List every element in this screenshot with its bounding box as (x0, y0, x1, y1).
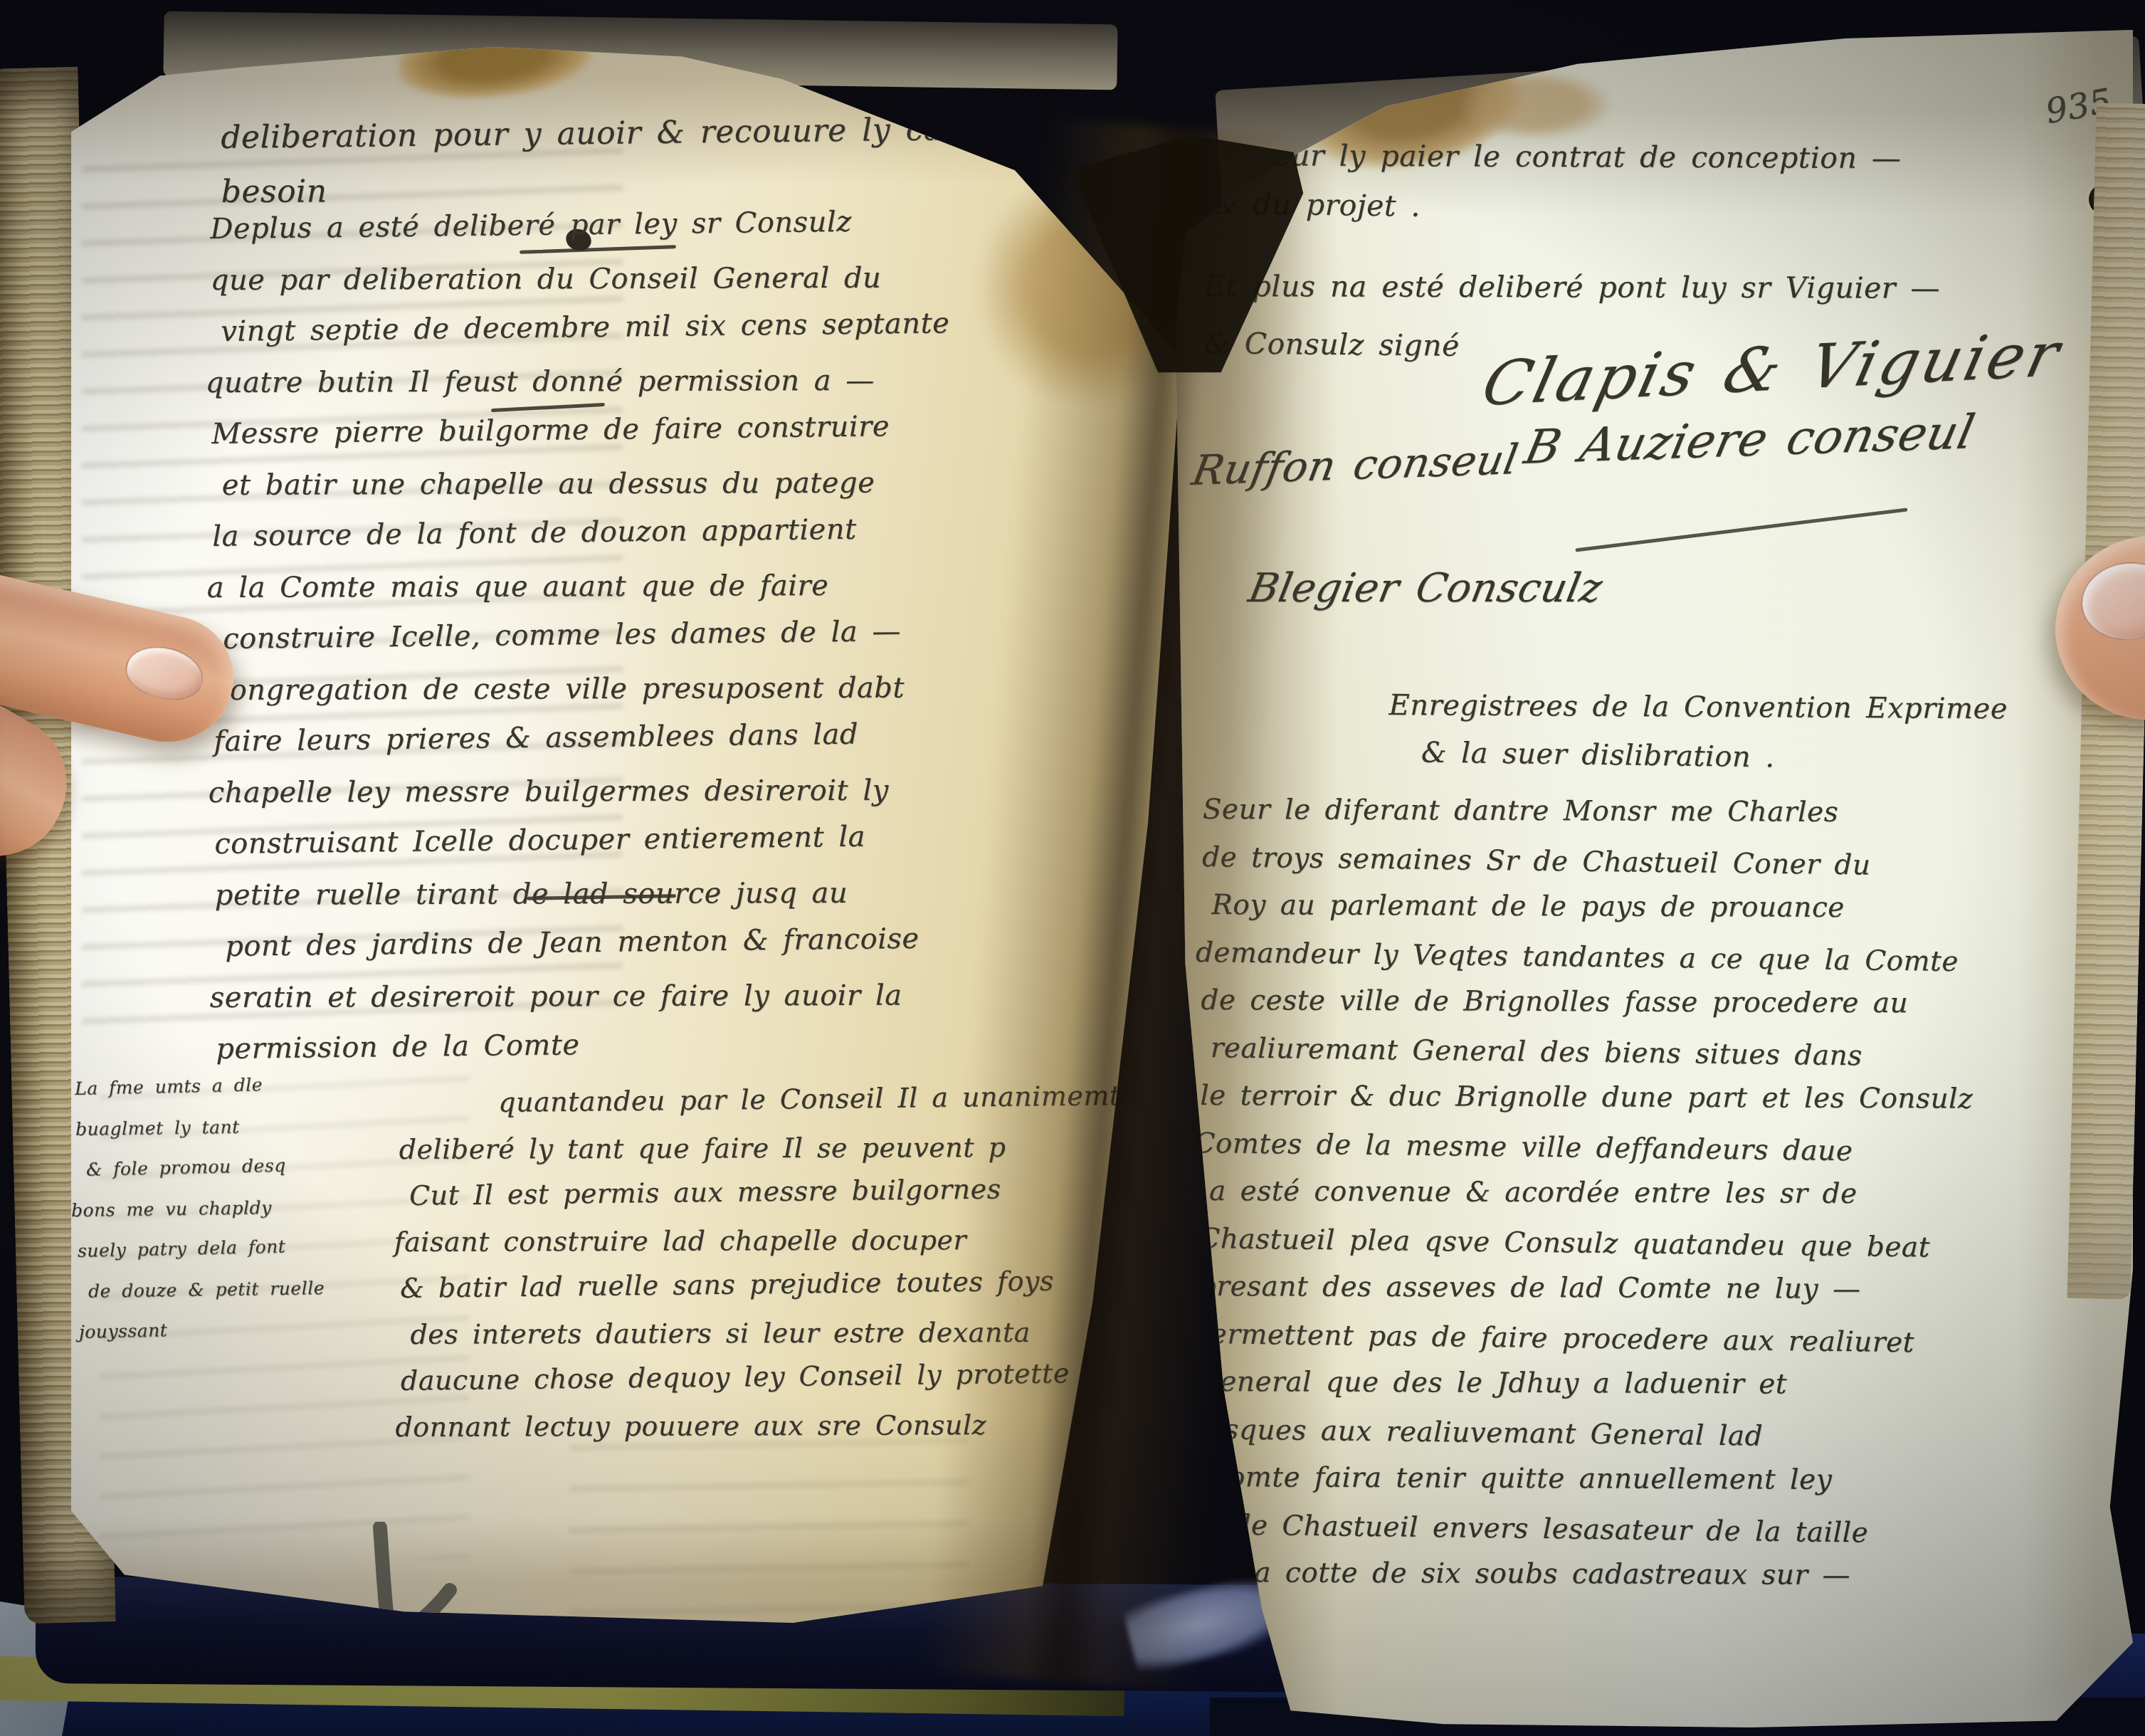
manuscript-line: faire leurs prieres & assemblees dans la… (214, 707, 953, 767)
manuscript-line: Comte faira tenir quitte annuellement le… (1206, 1453, 1969, 1505)
margin-note-line: & fole promou desq (85, 1145, 322, 1190)
margin-note-line: jouyssant (78, 1306, 325, 1352)
manuscript-line: presant des asseves de lad Comte ne luy … (1198, 1263, 1971, 1314)
manuscript-line: de la cotte de six soubs cadastreaux sur… (1196, 1549, 1969, 1600)
manuscript-line: quatre butin Il feust donné permission a… (206, 354, 950, 409)
margin-note-line: de douze & petit ruelle (88, 1268, 325, 1312)
thumbnail (2077, 557, 2145, 646)
right-page-body: Seur le diferant dantre Monsr me Charles… (1196, 786, 1976, 1603)
manuscript-line: a esté convenue & acordée entre les sr d… (1209, 1167, 1972, 1219)
margin-note-line: bons me vu chapldy (71, 1187, 324, 1231)
manuscript-line: Et plus na esté deliberé pont luy sr Vig… (1204, 258, 1940, 317)
manuscript-line: le terroir & duc Brignolle dune part et … (1200, 1072, 1973, 1123)
fingernail (120, 639, 208, 707)
manuscript-line: seratin et desireroit pour ce faire ly a… (210, 969, 954, 1024)
manuscript-line: permission de la Comte (216, 1015, 955, 1075)
manuscript-line: Enregistrees de la Convention Exprimee (1388, 682, 2008, 732)
manuscript-photo: deliberation pour y auoir & recouure ly … (0, 0, 2145, 1736)
manuscript-line: & la suer dislibration . (1421, 729, 2008, 784)
manuscript-line: que par deliberation du Conseil General … (211, 252, 949, 306)
manuscript-line: Deplus a esté deliberé par ley sr Consul… (210, 195, 949, 255)
manuscript-line: Seur le diferant dantre Monsr me Charles (1203, 786, 1976, 837)
margin-note-line: La fme umts a dle (74, 1063, 321, 1110)
signature-flourish-line (1575, 507, 1907, 552)
manuscript-line: petite ruelle tirant de lad source jusq … (215, 867, 954, 921)
manuscript-line: la source de la font de douzon appartien… (212, 503, 952, 562)
signature-auziere: B Auziere conseul (1520, 404, 1980, 475)
heading-line: deliberation pour y auoir & recouure ly … (221, 102, 1003, 165)
manuscript-line: chapelle ley messre builgermes desireroi… (209, 764, 953, 819)
manuscript-line: et batir une chapelle au dessus du pateg… (222, 457, 951, 511)
manuscript-line: construire Icelle, comme les dames de la… (223, 605, 952, 665)
manuscript-line: pont des jardins de Jean menton & franco… (225, 912, 954, 972)
manuscript-line: congregation de ceste ville presuposent … (214, 662, 952, 716)
manuscript-line: construisant Icelle docuper entierement … (214, 810, 954, 870)
manuscript-line: a la Comte mais que auant que de faire (207, 559, 952, 614)
manuscript-line: Messre pierre builgorme de faire constru… (211, 400, 951, 460)
manuscript-line: de ceste ville de Brignolles fasse proce… (1201, 977, 1973, 1028)
right-page: 935 de leur ly paier le contrat de conce… (1176, 30, 2133, 1727)
right-page-registration: Enregistrees de la Convention Exprimee& … (1388, 682, 2008, 782)
manuscript-line: Roy au parlemant de le pays de prouance (1211, 881, 1974, 932)
margin-note-line: buaglmet ly tant (75, 1105, 322, 1150)
manuscript-line: vingt septie de decembre mil six cens se… (221, 298, 950, 357)
signature-blegier: Blegier Consculz (1245, 565, 1606, 611)
left-page-margin-note: La fme umts a dlebuaglmet ly tant& fole … (75, 1064, 326, 1352)
margin-note-line: suely patry dela font (77, 1225, 324, 1271)
left-page-body: Deplus a esté deliberé par ley sr Consul… (210, 199, 955, 1075)
manuscript-line: General que des le Jdhuy a laduenir et (1198, 1358, 1971, 1409)
